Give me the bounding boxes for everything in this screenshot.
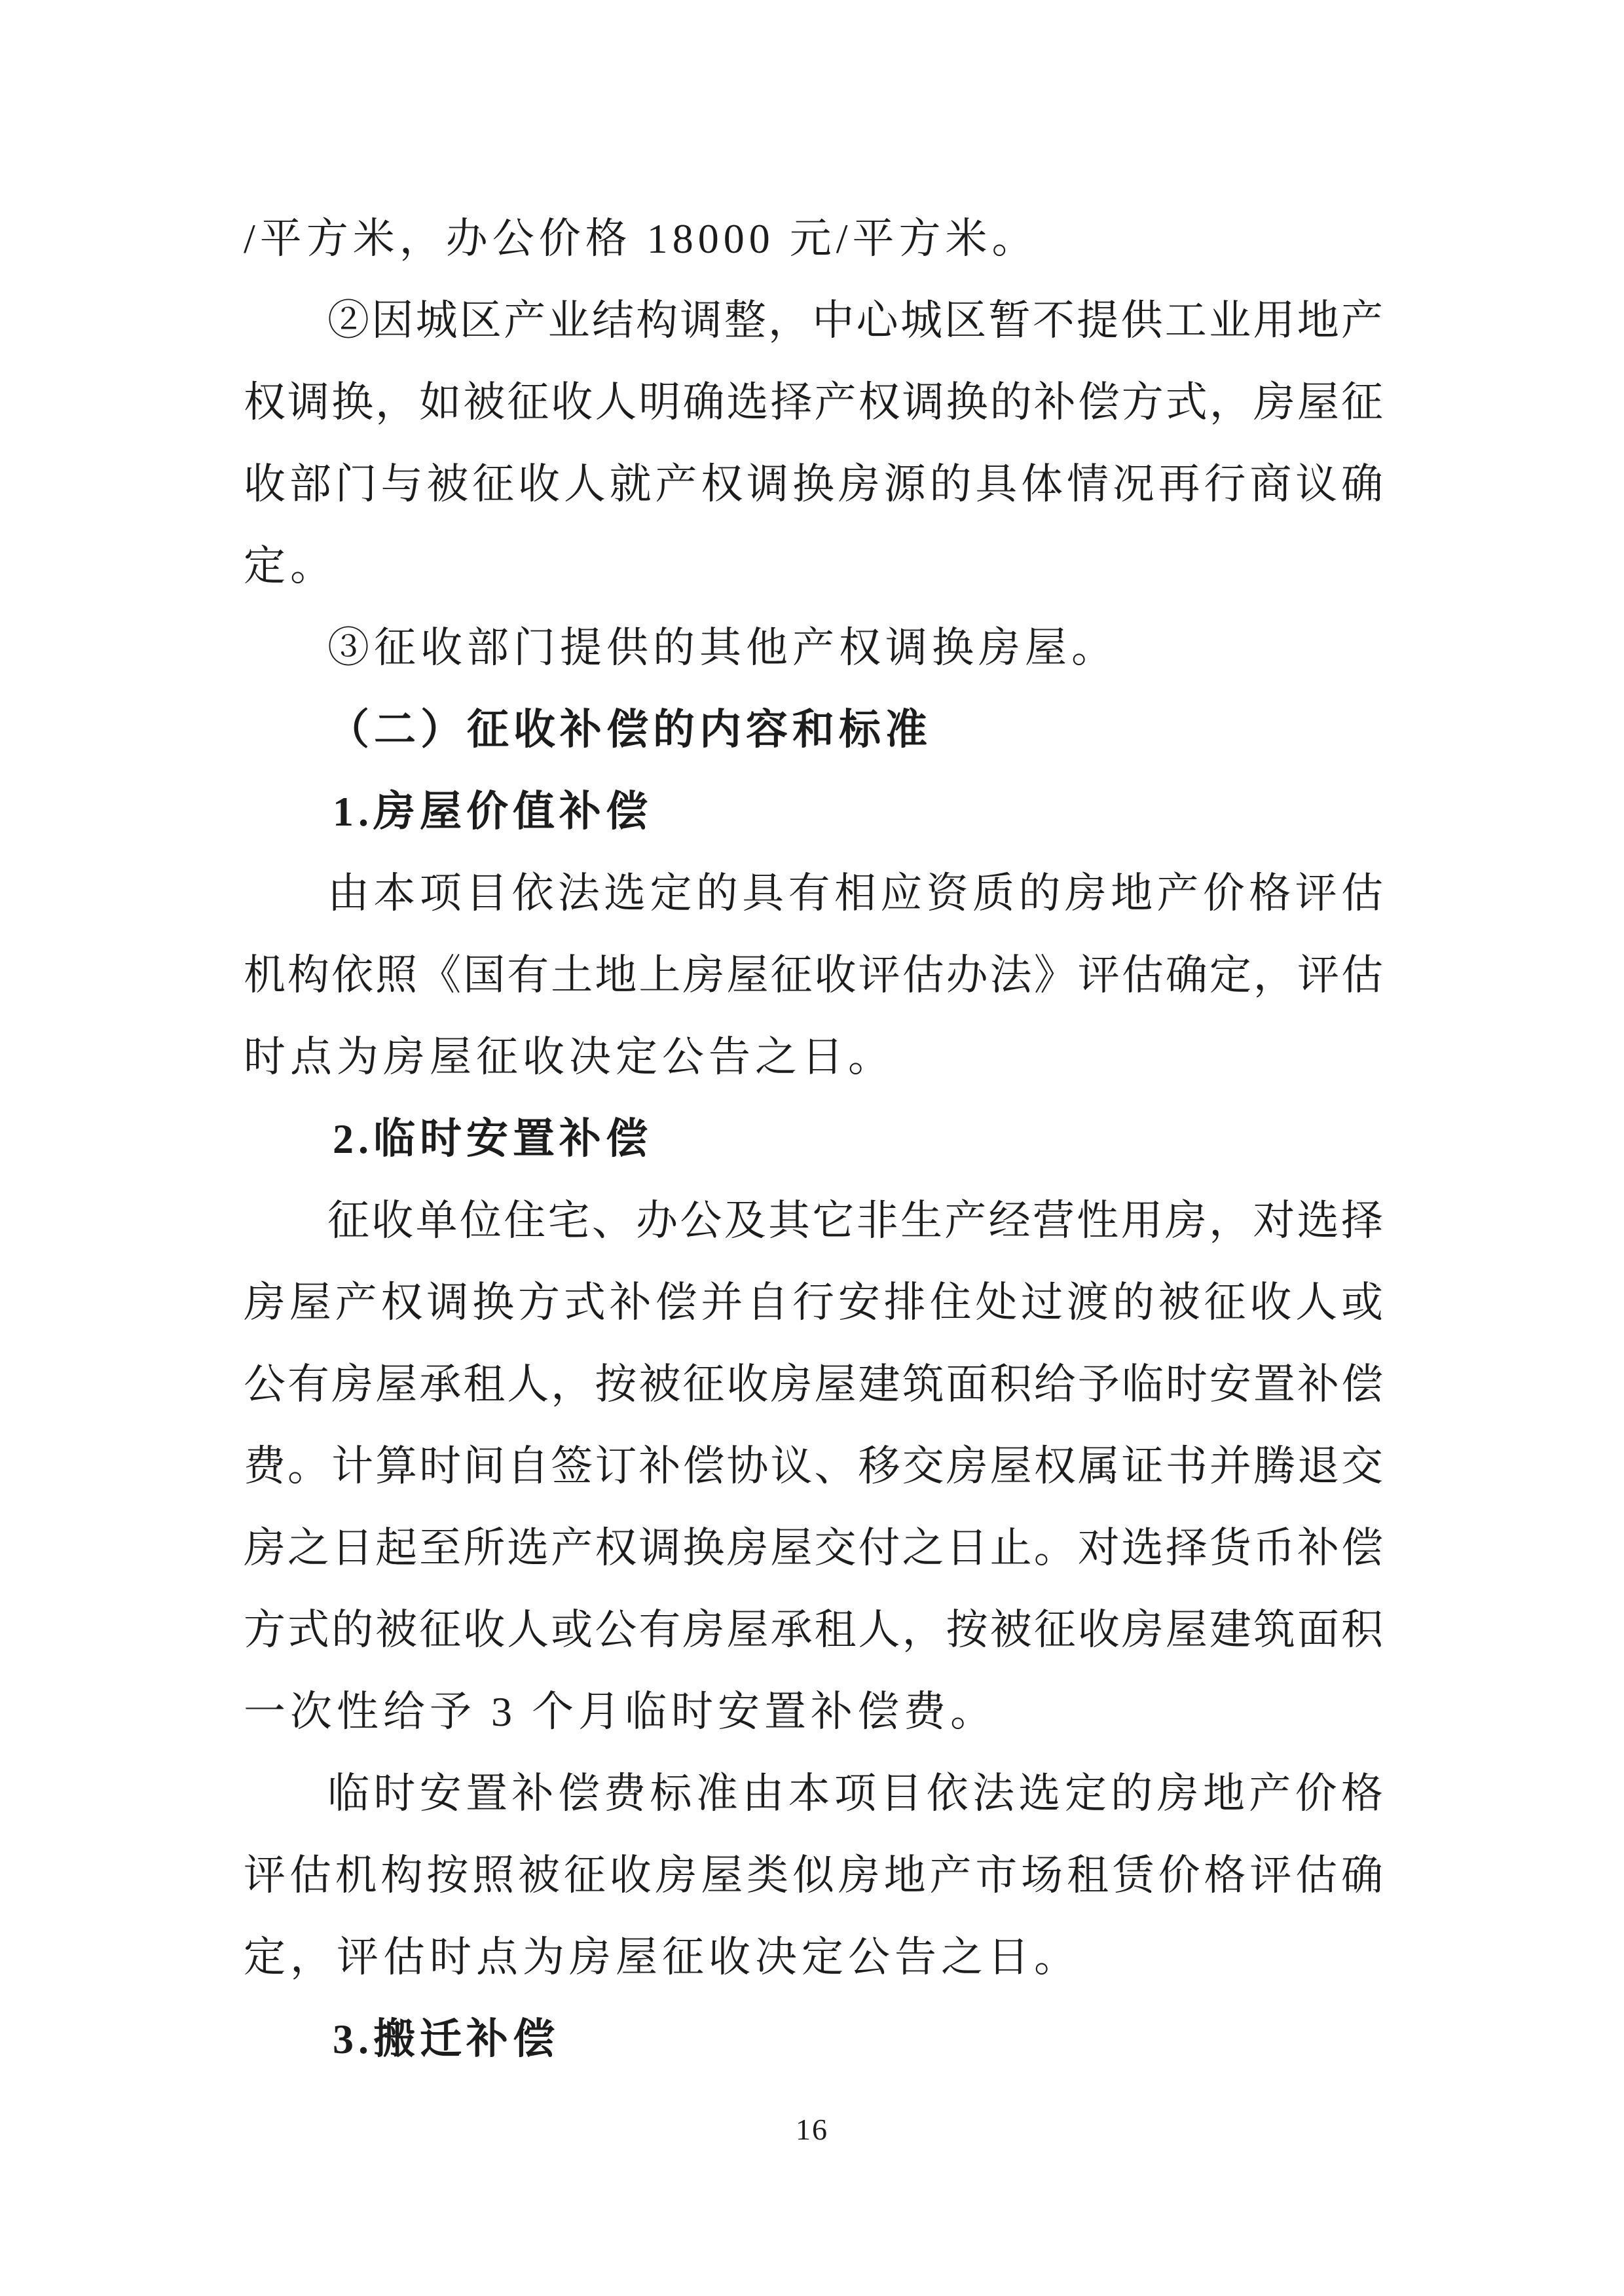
text-line: 一次性给予 3 个月临时安置补偿费。: [244, 1671, 1383, 1753]
text-line: 收部门与被征收人就产权调换房源的具体情况再行商议确: [244, 443, 1383, 525]
text-line: 房屋产权调换方式补偿并自行安排住处过渡的被征收人或: [244, 1262, 1383, 1343]
text-line: ③征收部门提供的其他产权调换房屋。: [244, 607, 1383, 689]
document-body: /平方米，办公价格 18000 元/平方米。②因城区产业结构调整，中心城区暂不提…: [244, 198, 1383, 2080]
document-page: /平方米，办公价格 18000 元/平方米。②因城区产业结构调整，中心城区暂不提…: [0, 0, 1624, 2296]
text-line: 定。: [244, 525, 1383, 607]
text-line: 征收单位住宅、办公及其它非生产经营性用房，对选择: [244, 1180, 1383, 1262]
text-line: 房之日起至所选产权调换房屋交付之日止。对选择货币补偿: [244, 1507, 1383, 1589]
text-line: 方式的被征收人或公有房屋承租人，按被征收房屋建筑面积: [244, 1589, 1383, 1671]
text-line: 临时安置补偿费标准由本项目依法选定的房地产价格: [244, 1753, 1383, 1834]
text-line: ②因城区产业结构调整，中心城区暂不提供工业用地产: [244, 280, 1383, 361]
page-number: 16: [0, 2107, 1624, 2153]
text-line: 时点为房屋征收决定公告之日。: [244, 1016, 1383, 1098]
text-line: 由本项目依法选定的具有相应资质的房地产价格评估: [244, 852, 1383, 934]
text-line: /平方米，办公价格 18000 元/平方米。: [244, 198, 1383, 280]
section-heading: 2.临时安置补偿: [244, 1098, 1383, 1180]
section-heading: （二）征收补偿的内容和标准: [244, 689, 1383, 771]
section-heading: 1.房屋价值补偿: [244, 771, 1383, 852]
text-line: 费。计算时间自签订补偿协议、移交房屋权属证书并腾退交: [244, 1425, 1383, 1507]
text-line: 机构依照《国有土地上房屋征收评估办法》评估确定，评估: [244, 934, 1383, 1016]
text-line: 权调换，如被征收人明确选择产权调换的补偿方式，房屋征: [244, 361, 1383, 443]
section-heading: 3.搬迁补偿: [244, 1998, 1383, 2080]
text-line: 定，评估时点为房屋征收决定公告之日。: [244, 1916, 1383, 1998]
text-line: 评估机构按照被征收房屋类似房地产市场租赁价格评估确: [244, 1834, 1383, 1916]
text-line: 公有房屋承租人，按被征收房屋建筑面积给予临时安置补偿: [244, 1343, 1383, 1425]
